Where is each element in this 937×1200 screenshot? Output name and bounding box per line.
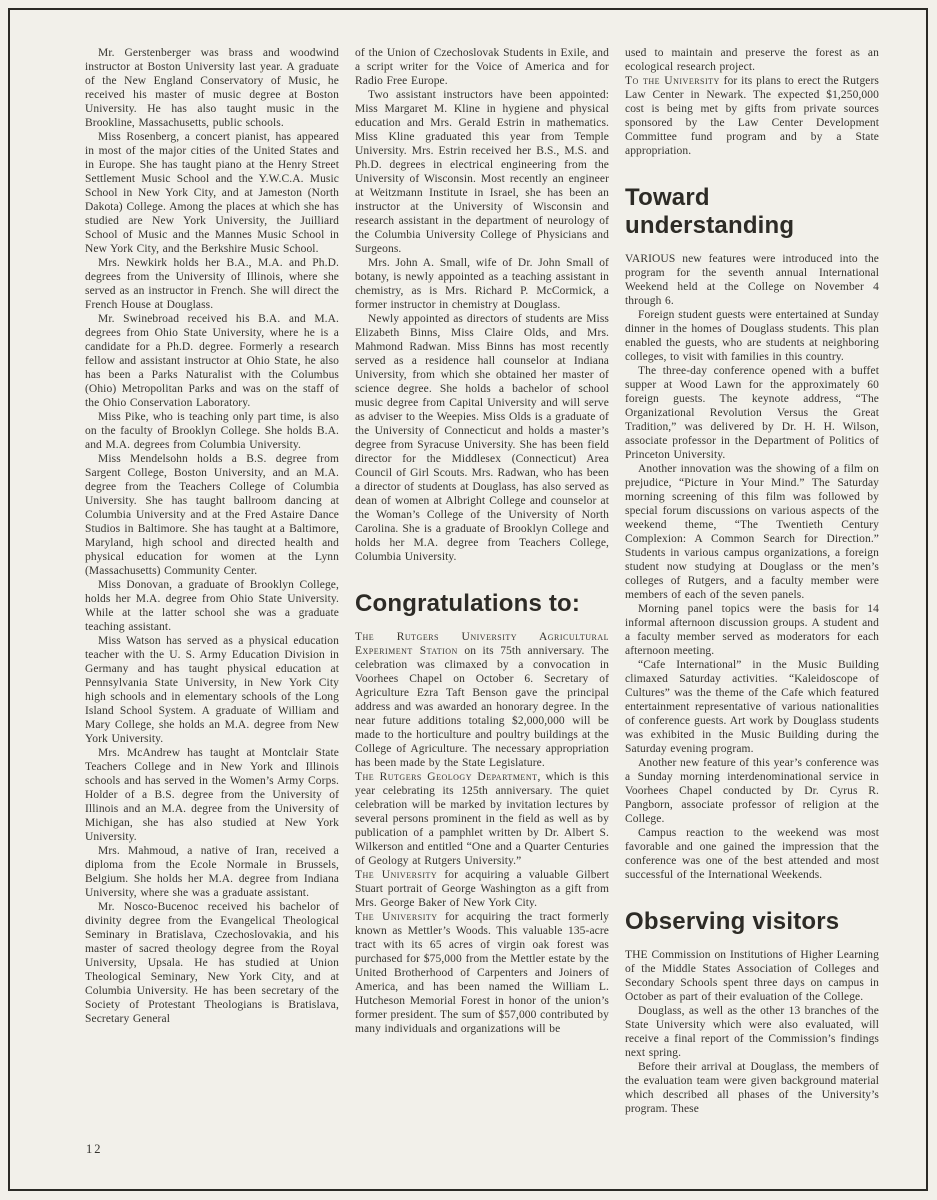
paragraph: Miss Rosenberg, a concert pianist, has a… [85, 130, 339, 256]
paragraph: used to maintain and preserve the forest… [625, 46, 879, 74]
paragraph: The three-day conference opened with a b… [625, 364, 879, 462]
small-caps-lead: The Rutgers University Agricultural Expe… [355, 631, 609, 657]
paragraph: Miss Watson has served as a physical edu… [85, 634, 339, 746]
paragraph: Campus reaction to the weekend was most … [625, 826, 879, 882]
small-caps-lead: The University [355, 869, 437, 881]
paragraph: of the Union of Czechoslovak Students in… [355, 46, 609, 88]
columns: Mr. Gerstenberger was brass and woodwind… [85, 46, 879, 1150]
section-heading-congratulations: Congratulations to: [355, 590, 609, 618]
paragraph: Mrs. John A. Small, wife of Dr. John Sma… [355, 256, 609, 312]
paragraph: Two assistant instructors have been appo… [355, 88, 609, 256]
paragraph: Before their arrival at Douglass, the me… [625, 1060, 879, 1116]
paragraph: Miss Pike, who is teaching only part tim… [85, 410, 339, 452]
paragraph: THE Commission on Institutions of Higher… [625, 948, 879, 1004]
paragraph: Mrs. Mahmoud, a native of Iran, received… [85, 844, 339, 900]
paragraph: Mrs. Newkirk holds her B.A., M.A. and Ph… [85, 256, 339, 312]
paragraph: Mr. Swinebroad received his B.A. and M.A… [85, 312, 339, 410]
paragraph: The University for acquiring a valuable … [355, 868, 609, 910]
paragraph: Mr. Nosco-Bucenoc received his bachelor … [85, 900, 339, 1026]
small-caps-lead: The Rutgers Geology Department [355, 771, 537, 783]
page-number: 12 [86, 1142, 103, 1157]
small-caps-lead: To the University [625, 75, 720, 87]
paragraph: Mr. Gerstenberger was brass and woodwind… [85, 46, 339, 130]
section-heading-toward-understanding: Toward understanding [625, 184, 879, 240]
paragraph: Foreign student guests were entertained … [625, 308, 879, 364]
paragraph: Morning panel topics were the basis for … [625, 602, 879, 658]
paragraph: The Rutgers Geology Department, which is… [355, 770, 609, 868]
small-caps-lead: The University [355, 911, 438, 923]
paragraph: Miss Mendelsohn holds a B.S. degree from… [85, 452, 339, 578]
paragraph: Newly appointed as directors of students… [355, 312, 609, 564]
section-heading-observing-visitors: Observing visitors [625, 908, 879, 936]
paragraph: Another new feature of this year’s confe… [625, 756, 879, 826]
paragraph: Miss Donovan, a graduate of Brooklyn Col… [85, 578, 339, 634]
magazine-page: Mr. Gerstenberger was brass and woodwind… [0, 0, 937, 1200]
paragraph: VARIOUS new features were introduced int… [625, 252, 879, 308]
paragraph: The University for acquiring the tract f… [355, 910, 609, 1036]
paragraph: Another innovation was the showing of a … [625, 462, 879, 602]
paragraph: To the University for its plans to erect… [625, 74, 879, 158]
paragraph: “Cafe International” in the Music Buildi… [625, 658, 879, 756]
paragraph: The Rutgers University Agricultural Expe… [355, 630, 609, 770]
text-column-1: Mr. Gerstenberger was brass and woodwind… [85, 46, 339, 1150]
text-column-2: of the Union of Czechoslovak Students in… [355, 46, 609, 1150]
paragraph: Mrs. McAndrew has taught at Montclair St… [85, 746, 339, 844]
text-column-3: used to maintain and preserve the forest… [625, 46, 879, 1150]
paragraph: Douglass, as well as the other 13 branch… [625, 1004, 879, 1060]
